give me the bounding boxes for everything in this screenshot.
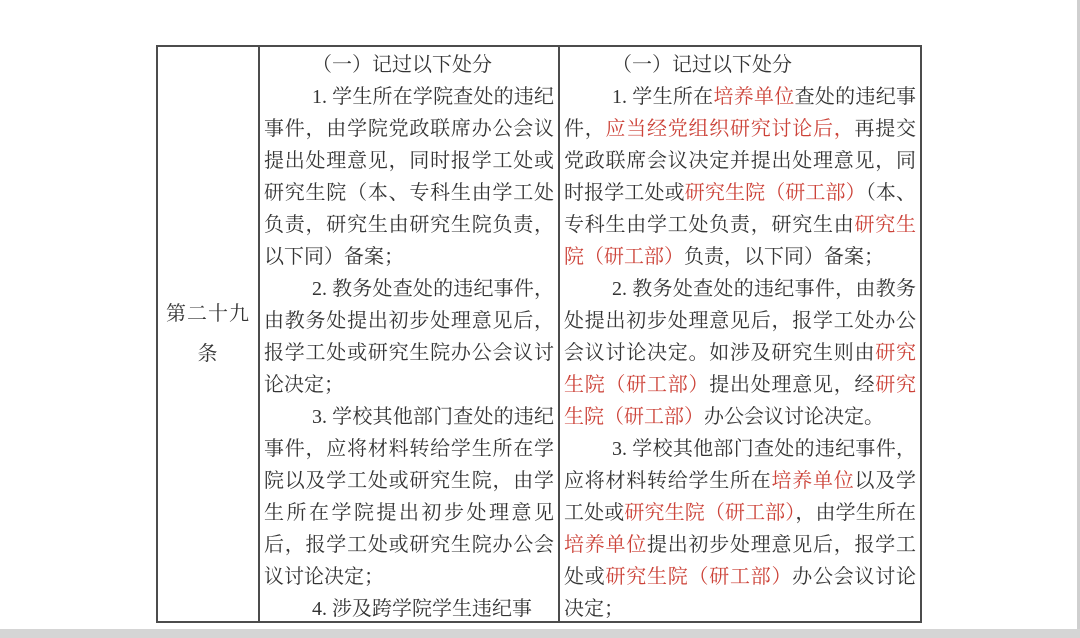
text-run: 提出处理意见，经 [709, 374, 875, 396]
revision-highlight: 研究生院（研工部） [606, 566, 793, 588]
text-run: 负责，以下同）备案； [684, 246, 884, 268]
revision-highlight: 应当经党组织研究讨论后， [606, 118, 855, 140]
text-run: （一）记过以下处分 [612, 54, 792, 76]
revision-highlight: 培养单位 [564, 534, 647, 556]
paragraph: 1. 学生所在学院查处的违纪事件，由学院党政联席办公会议提出处理意见，同时报学工… [264, 81, 554, 273]
revision-highlight: 研究生院（研工部） [624, 502, 795, 524]
text-run: 办公会议讨论决定。 [704, 406, 884, 428]
text-run: 1. 学生所在 [612, 86, 713, 108]
paragraph: （一）记过以下处分 [264, 49, 554, 81]
paragraph: 3. 学校其他部门查处的违纪事件，应将材料转给学生所在培养单位以及学工处或研究生… [564, 433, 916, 621]
revision-highlight: 研究生院（研工部） [685, 182, 866, 204]
page-bottom-edge [0, 629, 1080, 638]
document-page: 第二十九条 （一）记过以下处分1. 学生所在学院查处的违纪事件，由学院党政联席办… [0, 0, 1080, 638]
text-run: ，由学生所在 [795, 502, 916, 524]
text-run: 4. 涉及跨学院学生违纪事 [312, 598, 532, 620]
paragraph: 4. 涉及跨学院学生违纪事 [264, 593, 554, 621]
revision-highlight: 培养单位 [772, 470, 855, 492]
revision-highlight: 培养单位 [713, 86, 794, 108]
paragraph: （一）记过以下处分 [564, 49, 916, 81]
text-run: 1. 学生所在学院查处的违纪事件，由学院党政联席办公会议提出处理意见，同时报学工… [264, 86, 554, 268]
paragraph: 3. 学校其他部门查处的违纪事件，应将材料转给学生所在学院以及学工处或研究生院，… [264, 401, 554, 593]
text-run: 2. 教务处查处的违纪事件，由教务处提出初步处理意见后，报学工处或研究生院办公会… [264, 278, 554, 396]
article-number-label: 第二十九条 [165, 294, 251, 374]
paragraph: 1. 学生所在培养单位查处的违纪事件，应当经党组织研究讨论后，再提交党政联席会议… [564, 81, 916, 273]
text-run: 3. 学校其他部门查处的违纪事件，应将材料转给学生所在学院以及学工处或研究生院，… [264, 406, 554, 588]
paragraph: 2. 教务处查处的违纪事件，由教务处提出初步处理意见后，报学工处或研究生院办公会… [264, 273, 554, 401]
revised-text-column: （一）记过以下处分1. 学生所在培养单位查处的违纪事件，应当经党组织研究讨论后，… [558, 47, 920, 621]
regulation-comparison-table: 第二十九条 （一）记过以下处分1. 学生所在学院查处的违纪事件，由学院党政联席办… [156, 45, 922, 623]
article-number-cell: 第二十九条 [158, 47, 258, 621]
text-run: （一）记过以下处分 [312, 54, 492, 76]
original-text-column: （一）记过以下处分1. 学生所在学院查处的违纪事件，由学院党政联席办公会议提出处… [258, 47, 558, 621]
text-run: 2. 教务处查处的违纪事件，由教务处提出初步处理意见后，报学工处办公会议讨论决定… [564, 278, 916, 364]
paragraph: 2. 教务处查处的违纪事件，由教务处提出初步处理意见后，报学工处办公会议讨论决定… [564, 273, 916, 433]
